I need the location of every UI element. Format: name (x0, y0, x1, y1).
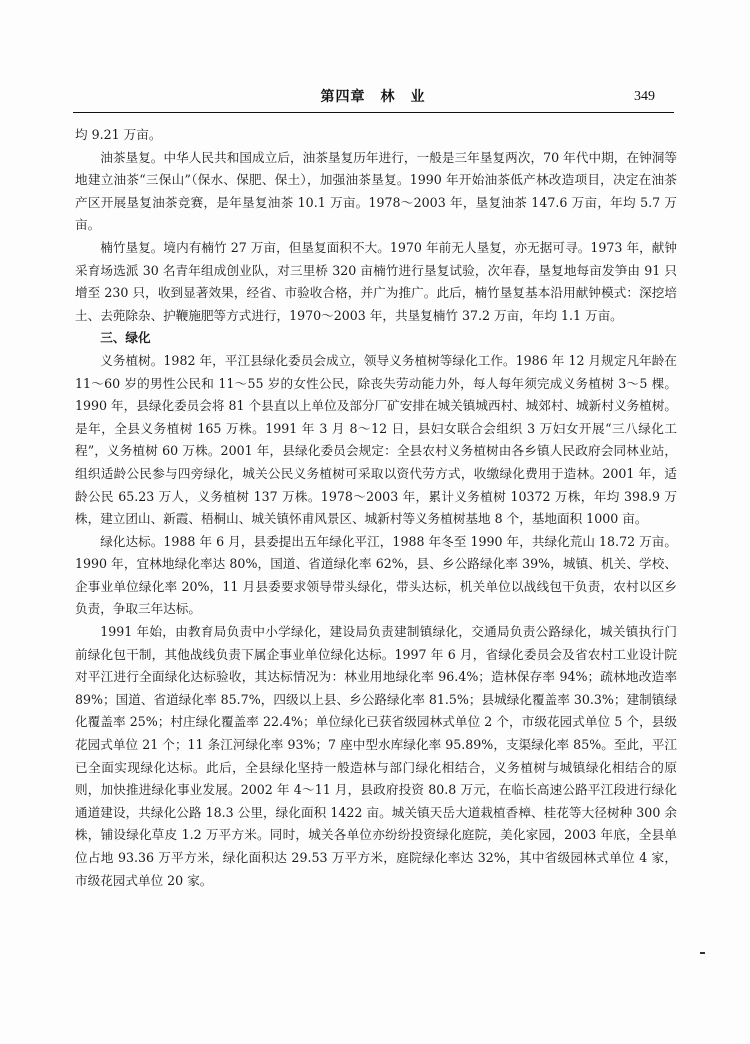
paragraph-lead: 油茶垦复。 (100, 150, 163, 165)
section-heading: 三、绿化 (75, 327, 677, 350)
continuation-paragraph: 均 9.21 万亩。 (75, 124, 677, 147)
paragraph-nanzhu-kenfu: 楠竹垦复。境内有楠竹 27 万亩，但垦复面积不大。1970 年前无人垦复，亦无据… (75, 237, 677, 327)
body-text: 均 9.21 万亩。 油茶垦复。中华人民共和国成立后，油茶垦复历年进行，一般是三… (75, 124, 677, 892)
page-number: 349 (634, 86, 655, 108)
paragraph-1991: 1991 年始，由教育局负责中小学绿化，建设局负责建制镇绿化，交通局负责公路绿化… (75, 621, 677, 892)
paragraph-text: 中华人民共和国成立后，油茶垦复历年进行，一般是三年垦复两次，70 年代中期，在钟… (75, 150, 677, 233)
paragraph-yiwu-zhishu: 义务植树。1982 年，平江县绿化委员会成立，领导义务植树等绿化工作。1986 … (75, 350, 677, 531)
running-header: 第四章 林 业 349 (73, 86, 673, 108)
header-rule (73, 112, 674, 113)
scan-artifact-mark (700, 952, 705, 954)
chapter-title: 第四章 林 业 (73, 86, 673, 108)
paragraph-lead: 楠竹垦复。 (100, 240, 163, 255)
paragraph-lvhua-dabiao: 绿化达标。1988 年 6 月，县委提出五年绿化平江，1988 年冬至 1990… (75, 531, 677, 621)
paragraph-text: 1988 年 6 月，县委提出五年绿化平江，1988 年冬至 1990 年，共绿… (75, 534, 677, 617)
paragraph-text: 均 9.21 万亩。 (75, 127, 161, 142)
paragraph-text: 1991 年始，由教育局负责中小学绿化，建设局负责建制镇绿化，交通局负责公路绿化… (75, 624, 677, 888)
paragraph-text: 1982 年，平江县绿化委员会成立，领导义务植树等绿化工作。1986 年 12 … (75, 353, 677, 526)
paragraph-text: 境内有楠竹 27 万亩，但垦复面积不大。1970 年前无人垦复，亦无据可寻。19… (75, 240, 677, 323)
paragraph-lead: 义务植树。 (100, 353, 163, 368)
paragraph-youcha-kenfu: 油茶垦复。中华人民共和国成立后，油茶垦复历年进行，一般是三年垦复两次，70 年代… (75, 147, 677, 237)
book-page: 第四章 林 业 349 均 9.21 万亩。 油茶垦复。中华人民共和国成立后，油… (0, 0, 750, 1044)
paragraph-lead: 绿化达标。 (100, 534, 163, 549)
